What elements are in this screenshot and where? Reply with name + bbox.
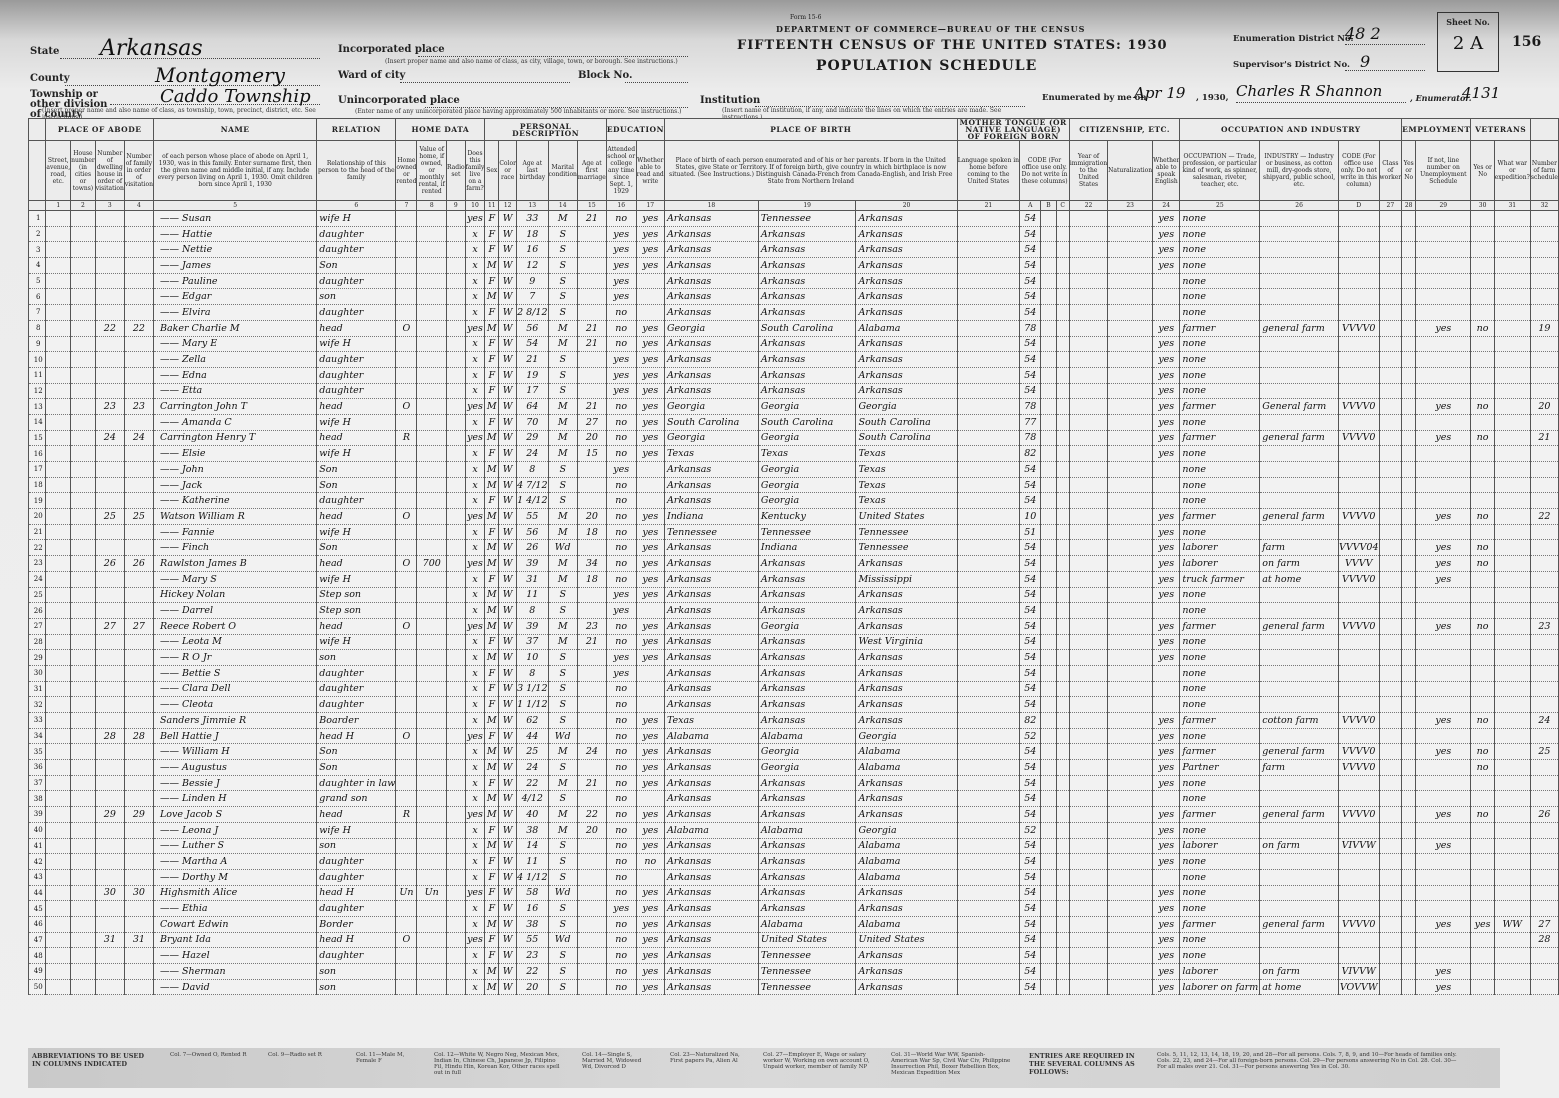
age-marriage-cell [577, 226, 606, 242]
marital-cell: M [548, 744, 577, 760]
occupation-cell: farmer [1180, 430, 1260, 446]
race-cell: W [499, 775, 517, 791]
country-code-cell [1041, 916, 1056, 932]
naturalization-cell [1108, 713, 1153, 729]
race-cell: W [499, 477, 517, 493]
naturalization-cell [1108, 540, 1153, 556]
birthplace-father-cell: Arkansas [758, 807, 856, 823]
school-cell: yes [606, 603, 636, 619]
col-read-write: Whether able to read and write [636, 141, 664, 201]
name-cell: —— Leota M [153, 634, 316, 650]
country-code-cell [1041, 336, 1056, 352]
family-number-cell [124, 665, 153, 681]
farm-schedule-cell: 19 [1530, 320, 1558, 336]
marital-cell: S [548, 713, 577, 729]
nativity-code-cell [1056, 964, 1069, 980]
radio-cell [447, 634, 466, 650]
occupation-cell: none [1180, 493, 1260, 509]
radio-cell [447, 211, 466, 227]
war-cell [1494, 869, 1530, 885]
language-cell [957, 775, 1020, 791]
line-margin [29, 119, 46, 141]
at-work-cell [1416, 775, 1471, 791]
relation-cell: Border [317, 916, 396, 932]
line-number: 1 [29, 211, 46, 227]
war-cell [1494, 744, 1530, 760]
farm-cell: x [465, 901, 485, 917]
country-code-cell [1041, 587, 1056, 603]
english-cell: yes [1153, 916, 1180, 932]
read-write-cell: yes [636, 948, 664, 964]
race-cell: W [499, 273, 517, 289]
country-code-cell [1041, 540, 1056, 556]
table-row: 3—— NettiedaughterxFW16SyesyesArkansasAr… [29, 242, 1559, 258]
name-cell: —— Mary E [153, 336, 316, 352]
line-number: 34 [29, 728, 46, 744]
name-cell: —— Elvira [153, 305, 316, 321]
institution-label: Institution [700, 95, 760, 106]
war-cell [1494, 399, 1530, 415]
house-number-cell [71, 509, 96, 525]
group-education: EDUCATION [606, 119, 664, 141]
family-number-cell [124, 540, 153, 556]
radio-cell [447, 697, 466, 713]
nativity-code-cell [1056, 493, 1069, 509]
farm-schedule-cell: 25 [1530, 744, 1558, 760]
sex-cell: F [485, 728, 499, 744]
spacer-cell [1402, 226, 1416, 242]
school-cell: yes [606, 665, 636, 681]
birthplace-mother-cell: Georgia [856, 822, 957, 838]
home-owned-cell [396, 540, 417, 556]
house-number-cell [71, 571, 96, 587]
naturalization-cell [1108, 744, 1153, 760]
language-cell [957, 854, 1020, 870]
age-marriage-cell [577, 869, 606, 885]
birthplace-person-cell: Arkansas [664, 775, 758, 791]
home-value-cell [417, 320, 447, 336]
street-cell [46, 791, 71, 807]
birthplace-mother-cell: Arkansas [856, 226, 957, 242]
age-marriage-cell: 20 [577, 430, 606, 446]
at-work-cell [1416, 524, 1471, 540]
marital-cell: S [548, 587, 577, 603]
war-cell [1494, 242, 1530, 258]
relation-cell: Step son [317, 603, 396, 619]
spacer-cell [1402, 713, 1416, 729]
line-number: 17 [29, 462, 46, 478]
farm-schedule-cell [1530, 414, 1558, 430]
age-marriage-cell [577, 352, 606, 368]
farm-schedule-cell [1530, 211, 1558, 227]
line-number: 12 [29, 383, 46, 399]
occupation-code-cell [1338, 211, 1379, 227]
age-marriage-cell [577, 854, 606, 870]
industry-cell [1260, 226, 1339, 242]
spacer-cell [1402, 838, 1416, 854]
birthplace-father-cell: Tennessee [758, 211, 856, 227]
at-work-cell [1416, 352, 1471, 368]
group-tongue: MOTHER TONGUE (OR NATIVE LANGUAGE) OF FO… [957, 119, 1069, 141]
home-value-cell [417, 775, 447, 791]
class-worker-cell [1379, 211, 1402, 227]
birthplace-mother-cell: Arkansas [856, 305, 957, 321]
age-cell: 19 [517, 367, 548, 383]
family-number-cell [124, 462, 153, 478]
year-text: , 1930, [1196, 93, 1229, 103]
age-marriage-cell: 27 [577, 414, 606, 430]
country-code-cell [1041, 838, 1056, 854]
industry-cell [1260, 587, 1339, 603]
house-number-cell [71, 430, 96, 446]
state-code-cell: 54 [1020, 477, 1041, 493]
birthplace-mother-cell: Texas [856, 477, 957, 493]
read-write-cell: yes [636, 916, 664, 932]
radio-cell [447, 493, 466, 509]
veteran-cell: no [1471, 713, 1494, 729]
class-worker-cell [1379, 462, 1402, 478]
nativity-code-cell [1056, 273, 1069, 289]
column-number: 18 [664, 201, 758, 211]
war-cell [1494, 901, 1530, 917]
class-worker-cell [1379, 446, 1402, 462]
english-cell: yes [1153, 336, 1180, 352]
radio-cell [447, 603, 466, 619]
radio-cell [447, 258, 466, 274]
radio-cell [447, 807, 466, 823]
immigration-cell [1069, 399, 1107, 415]
birthplace-mother-cell: West Virginia [856, 634, 957, 650]
birthplace-father-cell: Arkansas [758, 289, 856, 305]
at-work-cell: yes [1416, 713, 1471, 729]
census-title: FIFTEENTH CENSUS OF THE UNITED STATES: 1… [737, 38, 1168, 53]
english-cell: yes [1153, 728, 1180, 744]
occupation-cell: none [1180, 462, 1260, 478]
english-cell: yes [1153, 964, 1180, 980]
state-code-cell: 54 [1020, 462, 1041, 478]
industry-cell [1260, 650, 1339, 666]
farm-cell: x [465, 916, 485, 932]
war-cell [1494, 571, 1530, 587]
family-number-cell: 28 [124, 728, 153, 744]
farm-schedule-cell: 27 [1530, 916, 1558, 932]
family-number-cell: 26 [124, 556, 153, 572]
table-row: 49—— ShermansonxMW22SnoyesArkansasTennes… [29, 964, 1559, 980]
occupation-cell: laborer [1180, 838, 1260, 854]
sex-cell: M [485, 509, 499, 525]
birthplace-person-cell: Arkansas [664, 587, 758, 603]
marital-cell: M [548, 336, 577, 352]
race-cell: W [499, 728, 517, 744]
war-cell [1494, 477, 1530, 493]
home-owned-cell: O [396, 399, 417, 415]
name-cell: —— Hazel [153, 948, 316, 964]
table-row: 14—— Amanda Cwife HxFW70M27noyesSouth Ca… [29, 414, 1559, 430]
war-cell [1494, 618, 1530, 634]
street-cell [46, 383, 71, 399]
farm-cell: x [465, 352, 485, 368]
industry-cell [1260, 634, 1339, 650]
birthplace-mother-cell: Arkansas [856, 901, 957, 917]
country-code-cell [1041, 650, 1056, 666]
race-cell: W [499, 916, 517, 932]
farm-cell: x [465, 446, 485, 462]
farm-schedule-cell [1530, 524, 1558, 540]
sex-cell: F [485, 352, 499, 368]
group-abode: PLACE OF ABODE [46, 119, 154, 141]
home-owned-cell [396, 775, 417, 791]
veteran-cell [1471, 838, 1494, 854]
language-cell [957, 948, 1020, 964]
relation-cell: son [317, 289, 396, 305]
country-code-cell [1041, 932, 1056, 948]
occupation-cell: none [1180, 414, 1260, 430]
relation-cell: head [317, 556, 396, 572]
family-number-cell [124, 775, 153, 791]
radio-cell [447, 760, 466, 776]
family-number-cell [124, 838, 153, 854]
state-code-cell: 54 [1020, 258, 1041, 274]
abbreviations-footer: ABBREVIATIONS TO BE USED IN COLUMNS INDI… [28, 1048, 1500, 1088]
table-row: 12—— EttadaughterxFW17SyesyesArkansasArk… [29, 383, 1559, 399]
age-marriage-cell [577, 964, 606, 980]
line-number: 36 [29, 760, 46, 776]
occupation-code-cell [1338, 822, 1379, 838]
house-number-cell [71, 352, 96, 368]
relation-cell: Son [317, 540, 396, 556]
race-cell: W [499, 932, 517, 948]
occupation-code-cell [1338, 932, 1379, 948]
class-worker-cell [1379, 587, 1402, 603]
immigration-cell [1069, 948, 1107, 964]
farm-schedule-cell [1530, 681, 1558, 697]
home-value-cell [417, 524, 447, 540]
birthplace-mother-cell: Alabama [856, 760, 957, 776]
war-cell [1494, 273, 1530, 289]
industry-cell [1260, 477, 1339, 493]
farm-cell: yes [465, 320, 485, 336]
marital-cell: M [548, 446, 577, 462]
sex-cell: F [485, 948, 499, 964]
birthplace-father-cell: Arkansas [758, 603, 856, 619]
farm-schedule-cell [1530, 603, 1558, 619]
veteran-cell: no [1471, 807, 1494, 823]
marital-cell: S [548, 979, 577, 995]
language-cell [957, 493, 1020, 509]
at-work-cell [1416, 258, 1471, 274]
birthplace-mother-cell: Arkansas [856, 587, 957, 603]
class-worker-cell [1379, 665, 1402, 681]
home-value-cell [417, 979, 447, 995]
home-value-cell [417, 603, 447, 619]
line-number: 2 [29, 226, 46, 242]
marital-cell: M [548, 399, 577, 415]
occupation-cell: none [1180, 242, 1260, 258]
farm-cell: x [465, 791, 485, 807]
birthplace-father-cell: Arkansas [758, 556, 856, 572]
birthplace-mother-cell: Tennessee [856, 524, 957, 540]
home-value-cell [417, 430, 447, 446]
state-code-cell: 54 [1020, 665, 1041, 681]
veteran-cell [1471, 869, 1494, 885]
farm-schedule-cell [1530, 242, 1558, 258]
name-cell: Love Jacob S [153, 807, 316, 823]
industry-cell [1260, 948, 1339, 964]
veteran-cell [1471, 885, 1494, 901]
farm-schedule-cell: 26 [1530, 807, 1558, 823]
language-cell [957, 916, 1020, 932]
marital-cell: S [548, 901, 577, 917]
name-cell: —— David [153, 979, 316, 995]
spacer-cell [1402, 336, 1416, 352]
column-number: 32 [1530, 201, 1558, 211]
birthplace-mother-cell: Arkansas [856, 791, 957, 807]
family-number-cell [124, 305, 153, 321]
spacer-cell [1402, 744, 1416, 760]
age-marriage-cell [577, 383, 606, 399]
immigration-cell [1069, 791, 1107, 807]
radio-cell [447, 979, 466, 995]
birthplace-father-cell: Arkansas [758, 336, 856, 352]
at-work-cell [1416, 414, 1471, 430]
family-number-cell [124, 383, 153, 399]
nativity-code-cell [1056, 571, 1069, 587]
veteran-cell [1471, 462, 1494, 478]
family-number-cell [124, 273, 153, 289]
occupation-code-cell [1338, 383, 1379, 399]
farm-cell: x [465, 775, 485, 791]
state-code-cell: 78 [1020, 320, 1041, 336]
birthplace-father-cell: Arkansas [758, 681, 856, 697]
birthplace-father-cell: Kentucky [758, 509, 856, 525]
line-number: 49 [29, 964, 46, 980]
col-birth-note: Place of birth of each person enumerated… [664, 141, 957, 201]
farm-cell: x [465, 289, 485, 305]
occupation-code-cell: VVVV0 [1338, 618, 1379, 634]
name-cell: —— Etta [153, 383, 316, 399]
table-row: 152424Carrington Henry TheadRyesMW29M20n… [29, 430, 1559, 446]
name-cell: —— R O Jr [153, 650, 316, 666]
dwelling-number-cell [95, 367, 124, 383]
table-row: 26—— DarrelStep sonxMW8SyesArkansasArkan… [29, 603, 1559, 619]
table-row: 11—— EdnadaughterxFW19SyesyesArkansasArk… [29, 367, 1559, 383]
radio-cell [447, 320, 466, 336]
column-number: 16 [606, 201, 636, 211]
naturalization-cell [1108, 681, 1153, 697]
col-english: Whether able to speak English [1153, 141, 1180, 201]
veteran-cell [1471, 242, 1494, 258]
occupation-code-cell: VVVV0 [1338, 744, 1379, 760]
at-work-cell: yes [1416, 618, 1471, 634]
marital-cell: S [548, 869, 577, 885]
war-cell [1494, 964, 1530, 980]
incorporated-label: Incorporated place [338, 44, 445, 55]
read-write-cell: yes [636, 634, 664, 650]
home-value-cell [417, 948, 447, 964]
dwelling-number-cell [95, 697, 124, 713]
spacer-cell [1402, 603, 1416, 619]
home-value-cell [417, 399, 447, 415]
relation-cell: daughter [317, 948, 396, 964]
occupation-cell: farmer [1180, 744, 1260, 760]
required-text: Cols. 5, 11, 12, 13, 14, 18, 19, 20, and… [1153, 1048, 1461, 1088]
birthplace-mother-cell: Arkansas [856, 242, 957, 258]
street-cell [46, 838, 71, 854]
family-number-cell: 25 [124, 509, 153, 525]
immigration-cell [1069, 226, 1107, 242]
state-code-cell: 54 [1020, 352, 1041, 368]
naturalization-cell [1108, 571, 1153, 587]
required-title: ENTRIES ARE REQUIRED IN THE SEVERAL COLU… [1025, 1048, 1143, 1088]
family-number-cell [124, 650, 153, 666]
sex-cell: F [485, 273, 499, 289]
home-value-cell [417, 744, 447, 760]
age-cell: 12 [517, 258, 548, 274]
farm-cell: x [465, 226, 485, 242]
col-immigration: Year of immigration to the United States [1069, 141, 1107, 201]
name-cell: —— Bessie J [153, 775, 316, 791]
birthplace-mother-cell: Alabama [856, 854, 957, 870]
birthplace-person-cell: South Carolina [664, 414, 758, 430]
birthplace-father-cell: South Carolina [758, 320, 856, 336]
veteran-cell [1471, 571, 1494, 587]
birthplace-person-cell: Arkansas [664, 791, 758, 807]
english-cell: yes [1153, 618, 1180, 634]
age-cell: 8 [517, 462, 548, 478]
language-cell [957, 979, 1020, 995]
state-value: Arkansas [100, 36, 203, 61]
table-row: 21—— Fanniewife HxFW56M18noyesTennesseeT… [29, 524, 1559, 540]
occupation-code-cell: VOVVW [1338, 979, 1379, 995]
spacer-cell [1402, 869, 1416, 885]
age-marriage-cell [577, 885, 606, 901]
state-code-cell: 54 [1020, 383, 1041, 399]
race-cell: W [499, 744, 517, 760]
war-cell [1494, 681, 1530, 697]
col-work-yes: Yes or No [1402, 141, 1416, 201]
school-cell: no [606, 822, 636, 838]
birthplace-father-cell: Arkansas [758, 869, 856, 885]
state-code-cell: 54 [1020, 964, 1041, 980]
birthplace-father-cell: Alabama [758, 822, 856, 838]
street-cell [46, 854, 71, 870]
radio-cell [447, 430, 466, 446]
race-cell: W [499, 587, 517, 603]
relation-cell: Boarder [317, 713, 396, 729]
english-cell: yes [1153, 932, 1180, 948]
country-code-cell [1041, 948, 1056, 964]
street-cell [46, 446, 71, 462]
veteran-cell [1471, 289, 1494, 305]
english-cell [1153, 477, 1180, 493]
age-cell: 3 1/12 [517, 681, 548, 697]
spacer-cell [1402, 414, 1416, 430]
radio-cell [447, 289, 466, 305]
column-number: 17 [636, 201, 664, 211]
col-house: House number (in cities or towns) [71, 141, 96, 201]
name-cell: Sanders Jimmie R [153, 713, 316, 729]
birthplace-person-cell: Arkansas [664, 901, 758, 917]
occupation-code-cell: VVVV0 [1338, 509, 1379, 525]
home-owned-cell [396, 242, 417, 258]
class-worker-cell [1379, 775, 1402, 791]
read-write-cell: yes [636, 540, 664, 556]
sex-cell: F [485, 305, 499, 321]
home-value-cell [417, 367, 447, 383]
country-code-cell [1041, 258, 1056, 274]
street-cell [46, 367, 71, 383]
sex-cell: M [485, 462, 499, 478]
